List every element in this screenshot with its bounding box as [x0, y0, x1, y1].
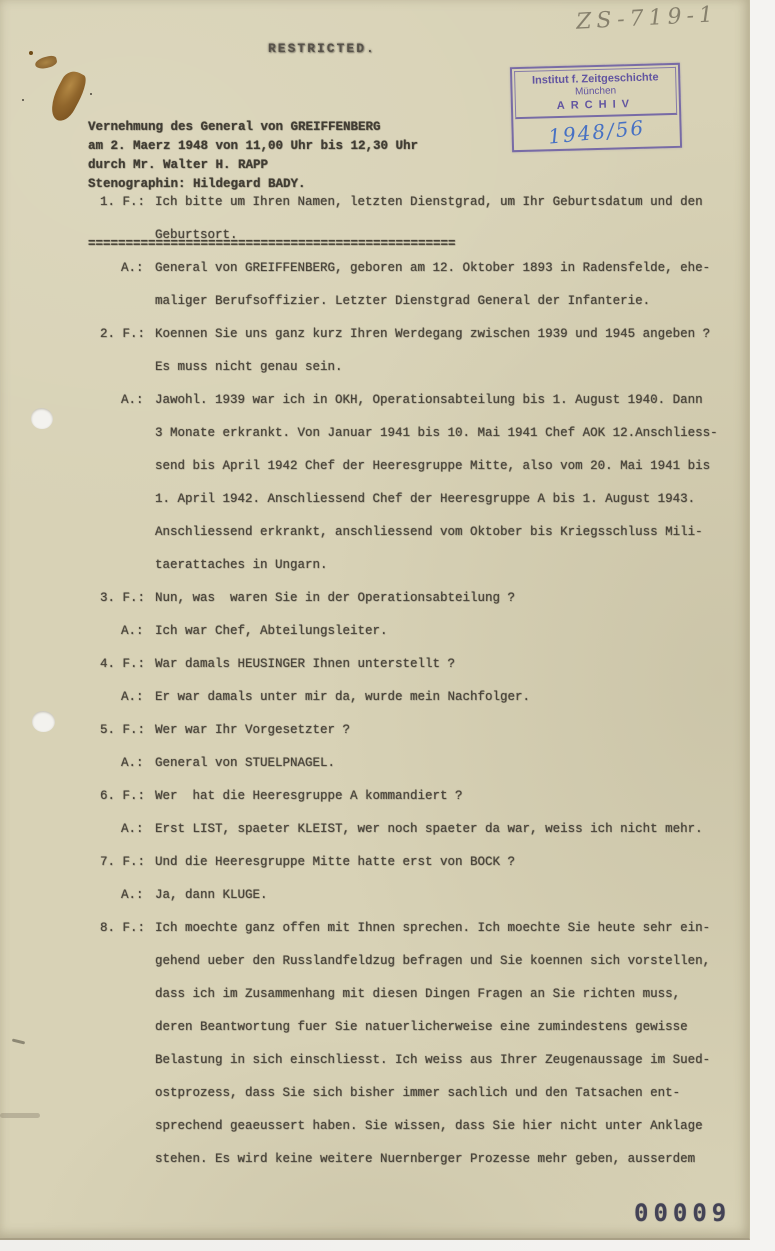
transcript-line: Ich moechte ganz offen mit Ihnen spreche… [155, 912, 710, 945]
pencil-archive-number: ZS-719-1 [575, 2, 718, 34]
transcript-line: Und die Heeresgruppe Mitte hatte erst vo… [155, 846, 515, 879]
question-block: 5. F.:Wer war Ihr Vorgesetzter ? [100, 714, 745, 747]
question-block: 3. F.:Nun, was waren Sie in der Operatio… [100, 582, 745, 615]
answer-label: A.: [100, 681, 155, 714]
transcript-lines: Wer hat die Heeresgruppe A kommandiert ? [155, 780, 463, 813]
transcript-lines: Und die Heeresgruppe Mitte hatte erst vo… [155, 846, 515, 879]
punch-hole-bottom [32, 711, 55, 732]
question-label: 5. F.: [100, 714, 155, 747]
transcript-lines: General von GREIFFENBERG, geboren am 12.… [155, 252, 710, 318]
transcript-lines: Er war damals unter mir da, wurde mein N… [155, 681, 530, 714]
pencil-mark [12, 1038, 25, 1044]
transcript-lines: Koennen Sie uns ganz kurz Ihren Werdegan… [155, 318, 710, 384]
transcript-line: War damals HEUSINGER Ihnen unterstellt ? [155, 648, 455, 681]
question-block: 1. F.:Ich bitte um Ihren Namen, letzten … [100, 186, 745, 252]
header-line: am 2. Maerz 1948 von 11,00 Uhr bis 12,30… [88, 137, 456, 156]
question-label: 4. F.: [100, 648, 155, 681]
qa-transcript: 1. F.:Ich bitte um Ihren Namen, letzten … [100, 186, 745, 1176]
question-block: 8. F.:Ich moechte ganz offen mit Ihnen s… [100, 912, 745, 1176]
transcript-lines: Ich war Chef, Abteilungsleiter. [155, 615, 388, 648]
transcript-line: Es muss nicht genau sein. [155, 351, 710, 384]
transcript-lines: Ich moechte ganz offen mit Ihnen spreche… [155, 912, 710, 1176]
document-header-lines: Vernehmung des General von GREIFFENBERGa… [88, 118, 456, 194]
transcript-lines: Ja, dann KLUGE. [155, 879, 268, 912]
answer-block: A.:Ja, dann KLUGE. [100, 879, 745, 912]
transcript-lines: Jawohl. 1939 war ich in OKH, Operationsa… [155, 384, 718, 582]
paper-speck [90, 93, 92, 95]
transcript-lines: War damals HEUSINGER Ihnen unterstellt ? [155, 648, 455, 681]
transcript-line: Wer hat die Heeresgruppe A kommandiert ? [155, 780, 463, 813]
transcript-line: Belastung in sich einschliesst. Ich weis… [155, 1044, 710, 1077]
paper-speck [22, 99, 24, 101]
header-line: durch Mr. Walter H. RAPP [88, 156, 456, 175]
question-label: 7. F.: [100, 846, 155, 879]
transcript-line: stehen. Es wird keine weitere Nuernberge… [155, 1143, 710, 1176]
paper-speck [29, 51, 33, 55]
transcript-line: Ich war Chef, Abteilungsleiter. [155, 615, 388, 648]
answer-block: A.:Erst LIST, spaeter KLEIST, wer noch s… [100, 813, 745, 846]
transcript-line: Er war damals unter mir da, wurde mein N… [155, 681, 530, 714]
ink-stain [44, 67, 90, 125]
question-label: 8. F.: [100, 912, 155, 1176]
transcript-lines: General von STUELPNAGEL. [155, 747, 335, 780]
answer-label: A.: [100, 384, 155, 582]
question-label: 6. F.: [100, 780, 155, 813]
page-number-stamp: 00009 [634, 1199, 731, 1227]
answer-block: A.:Ich war Chef, Abteilungsleiter. [100, 615, 745, 648]
answer-label: A.: [100, 813, 155, 846]
question-label: 3. F.: [100, 582, 155, 615]
paper-smear [0, 1113, 40, 1118]
transcript-line: deren Beantwortung fuer Sie natuerlicher… [155, 1011, 710, 1044]
transcript-line: Ja, dann KLUGE. [155, 879, 268, 912]
transcript-line: Jawohl. 1939 war ich in OKH, Operationsa… [155, 384, 718, 417]
transcript-lines: Nun, was waren Sie in der Operationsabte… [155, 582, 515, 615]
question-block: 2. F.:Koennen Sie uns ganz kurz Ihren We… [100, 318, 745, 384]
transcript-line: dass ich im Zusammenhang mit diesen Ding… [155, 978, 710, 1011]
transcript-lines: Wer war Ihr Vorgesetzter ? [155, 714, 350, 747]
transcript-line: sprechend geaeussert haben. Sie wissen, … [155, 1110, 710, 1143]
transcript-line: 3 Monate erkrankt. Von Januar 1941 bis 1… [155, 417, 718, 450]
question-block: 6. F.:Wer hat die Heeresgruppe A kommand… [100, 780, 745, 813]
transcript-line: ostprozess, dass Sie sich bisher immer s… [155, 1077, 710, 1110]
question-label: 1. F.: [100, 186, 155, 252]
transcript-line: General von STUELPNAGEL. [155, 747, 335, 780]
stamp-archiv-line: ARCHIV [518, 97, 674, 113]
transcript-line: gehend ueber den Russlandfeldzug befrage… [155, 945, 710, 978]
transcript-line: Wer war Ihr Vorgesetzter ? [155, 714, 350, 747]
answer-label: A.: [100, 615, 155, 648]
answer-block: A.:General von GREIFFENBERG, geboren am … [100, 252, 745, 318]
answer-block: A.:General von STUELPNAGEL. [100, 747, 745, 780]
ink-stain-small [34, 55, 58, 71]
transcript-line: General von GREIFFENBERG, geboren am 12.… [155, 252, 710, 285]
transcript-line: Nun, was waren Sie in der Operationsabte… [155, 582, 515, 615]
answer-label: A.: [100, 252, 155, 318]
question-block: 7. F.:Und die Heeresgruppe Mitte hatte e… [100, 846, 745, 879]
transcript-line: Ich bitte um Ihren Namen, letzten Dienst… [155, 186, 703, 219]
answer-block: A.:Er war damals unter mir da, wurde mei… [100, 681, 745, 714]
transcript-lines: Ich bitte um Ihren Namen, letzten Dienst… [155, 186, 703, 252]
punch-hole-top [31, 408, 53, 429]
transcript-line: Koennen Sie uns ganz kurz Ihren Werdegan… [155, 318, 710, 351]
classification-header: RESTRICTED. [268, 41, 376, 56]
answer-label: A.: [100, 747, 155, 780]
transcript-line: 1. April 1942. Anschliessend Chef der He… [155, 483, 718, 516]
transcript-line: send bis April 1942 Chef der Heeresgrupp… [155, 450, 718, 483]
transcript-lines: Erst LIST, spaeter KLEIST, wer noch spae… [155, 813, 703, 846]
transcript-line: Geburtsort. [155, 219, 703, 252]
paper-sheet: ZS-719-1 RESTRICTED. Institut f. Zeitges… [0, 0, 750, 1240]
transcript-line: taerattaches in Ungarn. [155, 549, 718, 582]
archive-stamp: Institut f. Zeitgeschichte München ARCHI… [510, 63, 682, 152]
answer-block: A.:Jawohl. 1939 war ich in OKH, Operatio… [100, 384, 745, 582]
question-label: 2. F.: [100, 318, 155, 384]
answer-label: A.: [100, 879, 155, 912]
transcript-line: Anschliessend erkrankt, anschliessend vo… [155, 516, 718, 549]
transcript-line: Erst LIST, spaeter KLEIST, wer noch spae… [155, 813, 703, 846]
header-line: Vernehmung des General von GREIFFENBERG [88, 118, 456, 137]
transcript-line: maliger Berufsoffizier. Letzter Dienstgr… [155, 285, 710, 318]
question-block: 4. F.:War damals HEUSINGER Ihnen unterst… [100, 648, 745, 681]
